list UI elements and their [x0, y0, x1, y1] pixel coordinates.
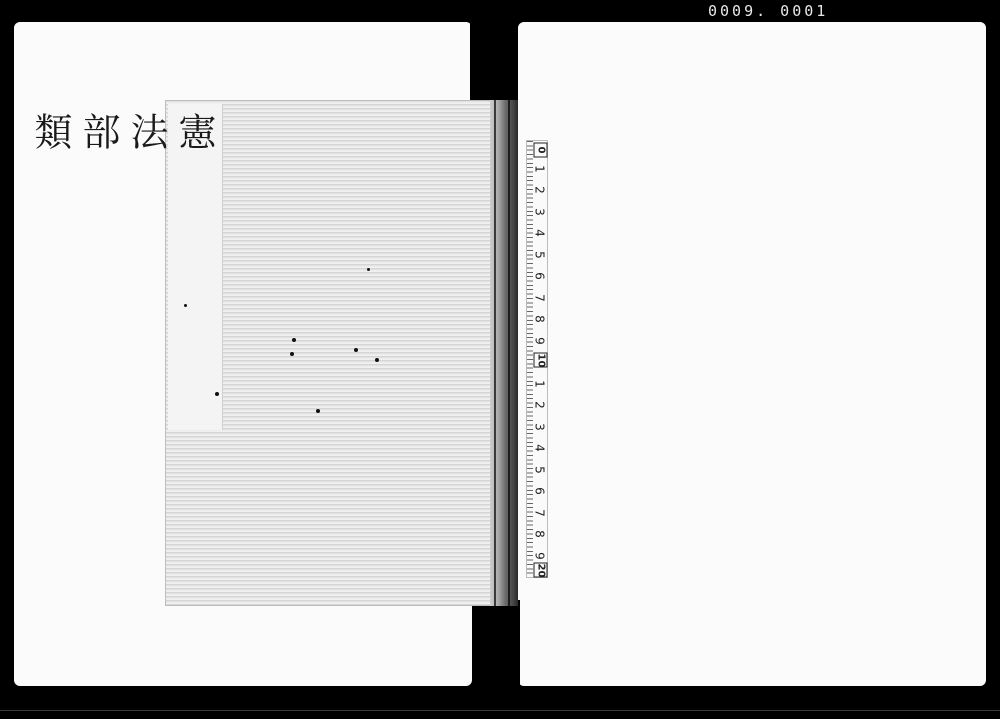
- title-char-1: 憲: [170, 112, 218, 150]
- right-page-panel: [518, 22, 986, 686]
- ruler-number: 8: [534, 528, 546, 541]
- spine-edge-line: [508, 100, 510, 606]
- ruler-number: 4: [534, 227, 546, 240]
- ruler-number: 9: [534, 550, 546, 563]
- book-spine: [490, 100, 518, 606]
- frame-counter: 0009. 0001: [708, 1, 828, 21]
- cover-speck: [292, 338, 296, 342]
- ruler-number: 5: [534, 464, 546, 477]
- ruler-number: 10: [534, 353, 548, 368]
- cover-speck: [354, 348, 358, 352]
- binding-strip-top: [470, 20, 518, 105]
- ruler-number: 6: [534, 485, 546, 498]
- ruler-number: 20: [534, 563, 548, 578]
- ruler-number: 4: [534, 442, 546, 455]
- title-char-4: 類: [26, 112, 74, 150]
- ruler-number: 3: [534, 421, 546, 434]
- cover-speck: [367, 268, 370, 271]
- ruler-number: 2: [534, 184, 546, 197]
- spine-stitch-line: [494, 100, 496, 606]
- binding-strip-bottom: [488, 600, 520, 690]
- ruler-number: 6: [534, 270, 546, 283]
- film-edge-line: [0, 710, 1000, 711]
- ruler-number: 7: [534, 292, 546, 305]
- ruler-number: 0: [534, 143, 548, 158]
- ruler-number: 3: [534, 206, 546, 219]
- title-char-3: 部: [74, 112, 122, 150]
- cover-speck: [215, 392, 219, 396]
- cover-speck: [184, 304, 187, 307]
- cover-speck: [316, 409, 320, 413]
- title-slip: [168, 104, 223, 430]
- ruler-number: 5: [534, 249, 546, 262]
- cover-speck: [375, 358, 379, 362]
- measurement-ruler: 0 1 2 3 4 5 6 7 8 9 10 1 2 3 4 5 6 7 8 9…: [526, 140, 548, 578]
- ruler-number: 2: [534, 399, 546, 412]
- title-char-2: 法: [122, 112, 170, 150]
- cover-speck: [290, 352, 294, 356]
- book-title: 憲 法 部 類: [172, 112, 218, 150]
- ruler-number: 9: [534, 335, 546, 348]
- ruler-number: 1: [534, 378, 546, 391]
- ruler-number: 7: [534, 507, 546, 520]
- ruler-number: 8: [534, 313, 546, 326]
- ruler-number: 1: [534, 163, 546, 176]
